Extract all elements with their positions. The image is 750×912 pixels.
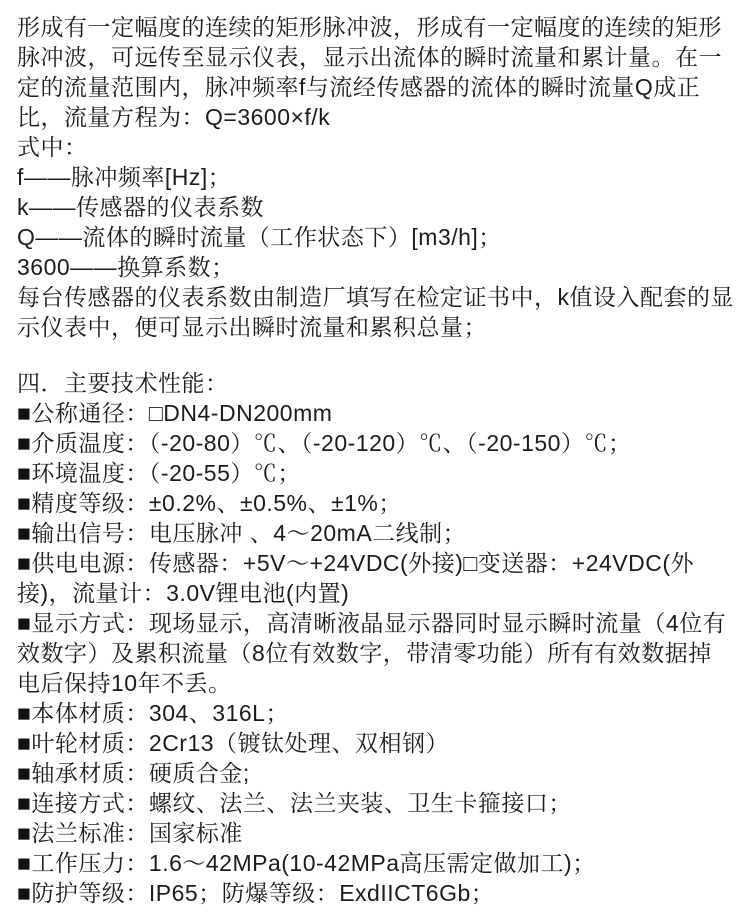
- spec-item: ■环境温度：（-20-55）℃；: [17, 458, 734, 488]
- section-heading: 四．主要技术性能：: [17, 368, 734, 398]
- spec-item-text: 供电电源：传感器：+5V～+24VDC(外接)□变送器：+24VDC(外接)，流…: [17, 550, 694, 606]
- spec-item-text: 工作压力：1.6～42MPa(10-42MPa高压需定做加工)；: [31, 850, 595, 876]
- square-bullet-icon: ■: [17, 880, 31, 906]
- intro-note: 每台传感器的仪表系数由制造厂填写在检定证书中，k值设入配套的显示仪表中，便可显示…: [17, 282, 734, 342]
- spec-item-text: 连接方式：螺纹、法兰、法兰夹装、卫生卡箍接口；: [31, 790, 572, 816]
- spec-item-text: 叶轮材质：2Cr13（镀钛处理、双相钢）: [31, 730, 449, 756]
- spec-item: ■法兰标准：国家标准: [17, 818, 734, 848]
- spec-item: ■供电电源：传感器：+5V～+24VDC(外接)□变送器：+24VDC(外接)，…: [17, 548, 734, 608]
- spec-item: ■叶轮材质：2Cr13（镀钛处理、双相钢）: [17, 728, 734, 758]
- spec-item-text: 环境温度：（-20-55）℃；: [31, 460, 300, 486]
- spec-item: ■防护等级：IP65；防爆等级：ExdIICT6Gb；: [17, 878, 734, 908]
- spec-item-text: 防护等级：IP65；防爆等级：ExdIICT6Gb；: [31, 880, 494, 906]
- spec-item: ■本体材质：304、316L；: [17, 698, 734, 728]
- spec-item: ■连接方式：螺纹、法兰、法兰夹装、卫生卡箍接口；: [17, 788, 734, 818]
- square-bullet-icon: ■: [17, 430, 31, 456]
- spec-item: ■工作压力：1.6～42MPa(10-42MPa高压需定做加工)；: [17, 848, 734, 878]
- square-bullet-icon: ■: [17, 700, 31, 726]
- spec-item: ■输出信号：电压脉冲 、4～20mA二线制；: [17, 518, 734, 548]
- square-bullet-icon: ■: [17, 610, 31, 636]
- definition-line: f——脉冲频率[Hz]；: [17, 162, 734, 192]
- square-bullet-icon: ■: [17, 550, 31, 576]
- spec-item-text: 法兰标准：国家标准: [31, 820, 243, 846]
- square-bullet-icon: ■: [17, 760, 31, 786]
- spec-item-text: 介质温度：（-20-80）℃、（-20-120）℃、（-20-150）℃；: [31, 430, 631, 456]
- definition-line: Q——流体的瞬时流量（工作状态下）[m3/h]；: [17, 222, 734, 252]
- formula-label: 式中：: [17, 132, 734, 162]
- spec-item-text: 输出信号：电压脉冲 、4～20mA二线制；: [31, 520, 466, 546]
- square-bullet-icon: ■: [17, 850, 31, 876]
- spec-item-text: 轴承材质：硬质合金;: [31, 760, 249, 786]
- spec-item: ■显示方式：现场显示，高清晰液晶显示器同时显示瞬时流量（4位有效数字）及累积流量…: [17, 608, 734, 698]
- square-bullet-icon: ■: [17, 460, 31, 486]
- definition-line: k——传感器的仪表系数: [17, 192, 734, 222]
- intro-paragraph: 形成有一定幅度的连续的矩形脉冲波，形成有一定幅度的连续的矩形脉冲波，可远传至显示…: [17, 12, 734, 132]
- spec-item-text: 显示方式：现场显示，高清晰液晶显示器同时显示瞬时流量（4位有效数字）及累积流量（…: [17, 610, 726, 696]
- spec-item-text: 本体材质：304、316L；: [31, 700, 289, 726]
- spec-item: ■公称通径：□DN4-DN200mm: [17, 398, 734, 428]
- square-bullet-icon: ■: [17, 400, 31, 426]
- spec-item: ■精度等级：±0.2%、±0.5%、±1%；: [17, 488, 734, 518]
- document-page: 形成有一定幅度的连续的矩形脉冲波，形成有一定幅度的连续的矩形脉冲波，可远传至显示…: [0, 0, 750, 912]
- square-bullet-icon: ■: [17, 520, 31, 546]
- spec-item: ■轴承材质：硬质合金;: [17, 758, 734, 788]
- spec-item: ■介质温度：（-20-80）℃、（-20-120）℃、（-20-150）℃；: [17, 428, 734, 458]
- spec-item-text: 精度等级：±0.2%、±0.5%、±1%；: [31, 490, 401, 516]
- square-bullet-icon: ■: [17, 820, 31, 846]
- square-bullet-icon: ■: [17, 490, 31, 516]
- square-bullet-icon: ■: [17, 730, 31, 756]
- spec-item-text: 公称通径：□DN4-DN200mm: [31, 400, 332, 426]
- square-bullet-icon: ■: [17, 790, 31, 816]
- definition-line: 3600——换算系数；: [17, 252, 734, 282]
